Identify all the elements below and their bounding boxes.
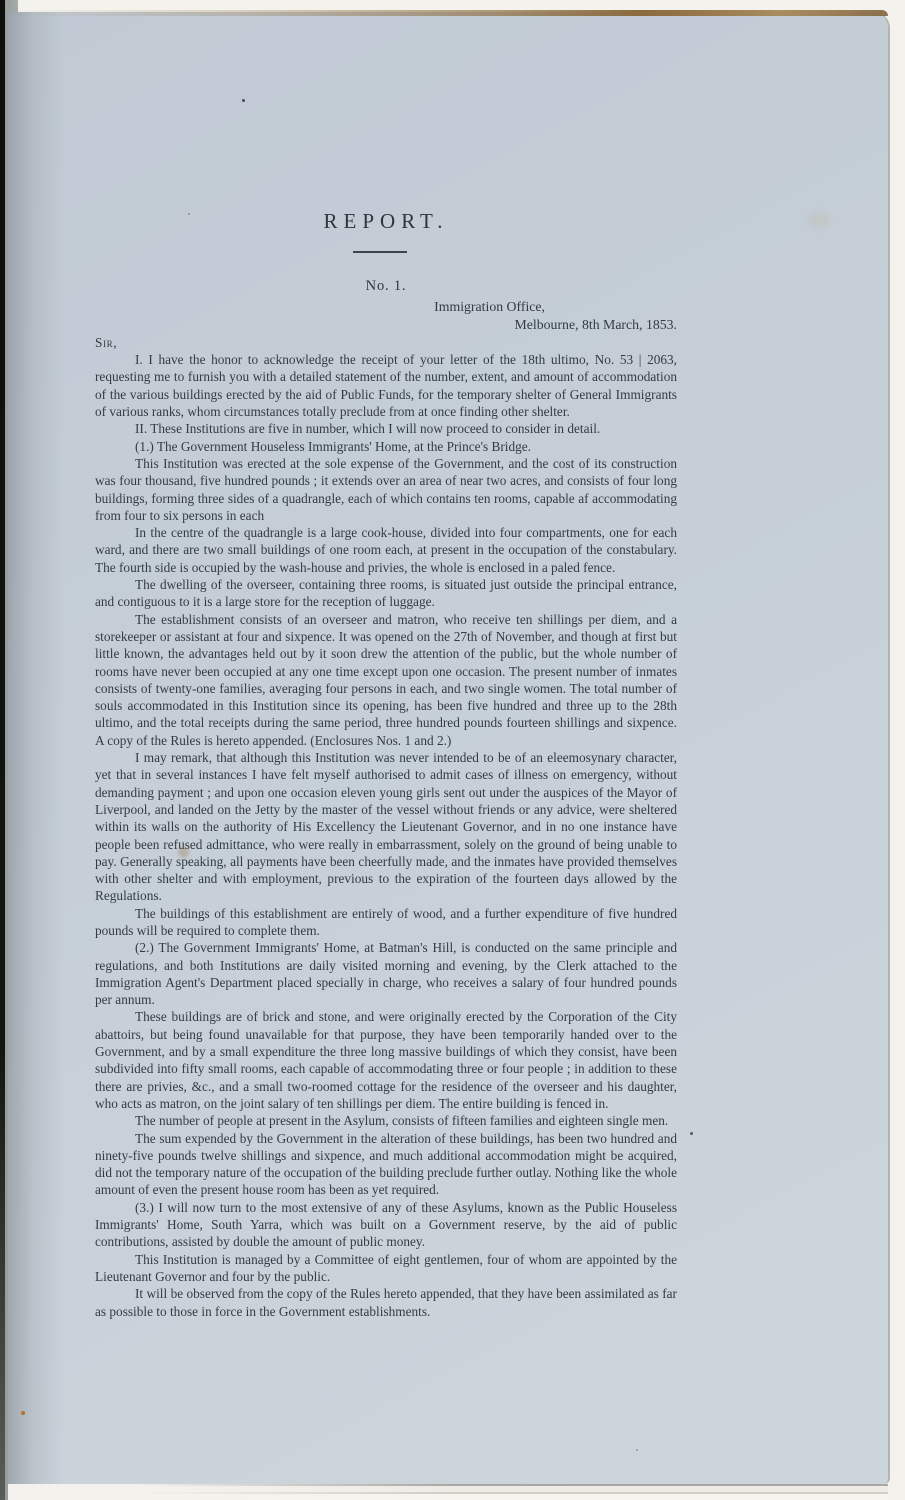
letter-content: REPORT. No. 1. Immigration Office, Melbo… [95, 12, 677, 1320]
ink-dot [690, 1132, 693, 1135]
scanned-page: REPORT. No. 1. Immigration Office, Melbo… [8, 12, 890, 1484]
letter-paragraph: I may remark, that although this Institu… [95, 749, 677, 905]
title-rule-divider [353, 251, 407, 253]
letter-paragraph: These buildings are of brick and stone, … [95, 1008, 677, 1112]
letter-paragraph: The sum expended by the Government in th… [95, 1130, 677, 1199]
paper-smudge [808, 212, 830, 228]
letter-paragraph: It will be observed from the copy of the… [95, 1285, 677, 1320]
letter-paragraph: II. These Institutions are five in numbe… [95, 420, 677, 437]
letter-paragraph: This Institution is managed by a Committ… [95, 1251, 677, 1286]
paper-speck [188, 213, 190, 215]
letter-paragraph: (3.) I will now turn to the most extensi… [95, 1199, 677, 1251]
letter-body: I. I have the honor to acknowledge the r… [95, 351, 677, 1320]
letter-paragraph: This Institution was erected at the sole… [95, 455, 677, 524]
letter-paragraph: (2.) The Government Immigrants' Home, at… [95, 939, 677, 1008]
page-title: REPORT. [95, 208, 677, 234]
paper-speck [242, 99, 245, 102]
letter-paragraph: I. I have the honor to acknowledge the r… [95, 351, 677, 420]
letter-paragraph: The establishment consists of an oversee… [95, 611, 677, 749]
paper-stain [178, 846, 189, 858]
letter-paragraph: The buildings of this establishment are … [95, 905, 677, 940]
paper-speck [21, 1411, 25, 1415]
bottom-edge-fade [8, 1484, 888, 1500]
gutter-shadow [8, 12, 64, 1484]
book-scan: REPORT. No. 1. Immigration Office, Melbo… [0, 0, 905, 1500]
date-line: Melbourne, 8th March, 1853. [95, 316, 677, 333]
underlying-page-edges-bottom [8, 1484, 888, 1500]
letter-paragraph: (1.) The Government Houseless Immigrants… [95, 438, 677, 455]
paper-speck [636, 1449, 638, 1451]
letter-paragraph: The dwelling of the overseer, containing… [95, 576, 677, 611]
salutation: Sir, [95, 334, 677, 351]
letter-paragraph: The number of people at present in the A… [95, 1112, 677, 1129]
letter-number: No. 1. [95, 278, 677, 295]
office-line: Immigration Office, [95, 298, 677, 315]
letter-paragraph: In the centre of the quadrangle is a lar… [95, 524, 677, 576]
